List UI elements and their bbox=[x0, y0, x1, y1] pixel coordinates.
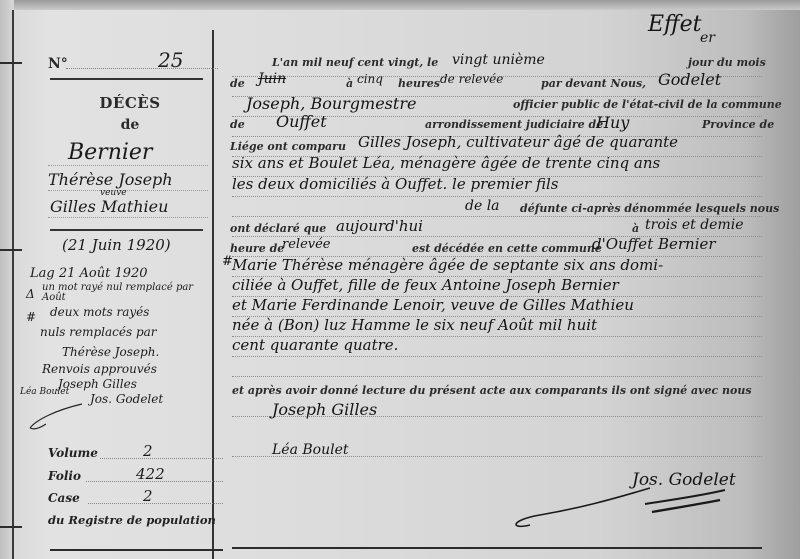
margin-signature-lea-boulet: Léa Boulet bbox=[20, 387, 69, 397]
printed-text: Liége ont comparu bbox=[230, 140, 346, 153]
printed-text: de bbox=[230, 77, 245, 90]
handwritten-month-struck: Juin bbox=[258, 71, 286, 87]
printed-text: jour du mois bbox=[688, 56, 766, 69]
handwritten-witness-1: Gilles Joseph, cultivateur âgé de quaran… bbox=[358, 133, 678, 151]
binding-thread bbox=[0, 62, 22, 64]
margin-note-approval: Renvois approuvés bbox=[42, 362, 157, 376]
handwritten-description: Marie Thérèse ménagère âgée de septante … bbox=[232, 256, 663, 274]
volume-label: Volume bbox=[48, 446, 98, 460]
margin-note-correction-4: Thérèse Joseph. bbox=[62, 345, 159, 359]
binding-line bbox=[12, 10, 14, 559]
corner-annotation: Effet bbox=[648, 12, 702, 37]
footer-rule bbox=[232, 547, 762, 549]
printed-text: à bbox=[346, 77, 353, 90]
handwritten-witness-2: six ans et Boulet Léa, ménagère âgée de … bbox=[232, 154, 660, 172]
handwritten-hour: cinq bbox=[357, 72, 383, 86]
record-title: DÉCÈS bbox=[40, 94, 220, 112]
ruled-line bbox=[232, 356, 762, 357]
closing-text: et après avoir donné lecture du présent … bbox=[232, 384, 752, 397]
handwritten-officer-title: Joseph, Bourgmestre bbox=[246, 94, 416, 113]
signature-witness-1: Joseph Gilles bbox=[272, 400, 377, 419]
handwritten-text: de la bbox=[465, 198, 500, 214]
handwritten-birth: née à (Bon) luz Hamme le six neuf Août m… bbox=[232, 316, 597, 334]
footer-rule bbox=[50, 549, 223, 551]
binding-thread bbox=[0, 249, 22, 251]
dotted-line bbox=[48, 165, 208, 166]
register-footer-row: du Registre de population bbox=[48, 513, 238, 531]
printed-text: Province de bbox=[702, 118, 774, 131]
corner-annotation-2: er bbox=[700, 30, 715, 46]
printed-text: défunte ci-après dénommée lesquels nous bbox=[520, 202, 779, 215]
printed-text: officier public de l'état-civil de la co… bbox=[513, 98, 782, 111]
binding-thread bbox=[0, 526, 22, 528]
register-folio-row: Folio 422 bbox=[48, 469, 223, 487]
handwritten-period: relevée bbox=[282, 237, 331, 252]
dotted-leader bbox=[100, 458, 223, 459]
margin-symbol-hash: # bbox=[26, 310, 36, 324]
register-case-row: Case 2 bbox=[48, 491, 223, 509]
handwritten-commune: Ouffet bbox=[276, 112, 327, 131]
margin-note-correction-1: un mot rayé nul remplacé par Août bbox=[42, 283, 212, 303]
handwritten-day: vingt unième bbox=[452, 52, 545, 68]
printed-text: heure de bbox=[230, 242, 284, 255]
printed-text: ont déclaré que bbox=[230, 222, 326, 235]
folio-label: Folio bbox=[48, 469, 81, 483]
record-subtitle: de bbox=[40, 117, 220, 133]
margin-signature-godelet: Jos. Godelet bbox=[90, 392, 163, 406]
case-label: Case bbox=[48, 491, 80, 505]
document-page: Effet er N° 25 DÉCÈS de Bernier Thérèse … bbox=[0, 0, 800, 559]
printed-text: par devant Nous, bbox=[541, 77, 646, 90]
margin-note-correction-3: nuls remplacés par bbox=[40, 325, 157, 339]
handwritten-period: de relevée bbox=[440, 72, 503, 86]
record-number-label: N° bbox=[48, 56, 68, 72]
handwritten-domicile: les deux domiciliés à Ouffet. le premier… bbox=[232, 175, 558, 193]
margin-symbol-delta: Δ bbox=[26, 287, 35, 301]
record-number-value: 25 bbox=[158, 48, 183, 72]
handwritten-date: aujourd'hui bbox=[336, 217, 423, 235]
printed-text: est décédée en cette commune bbox=[412, 242, 602, 255]
printed-text: de bbox=[230, 118, 245, 131]
margin-note-correction-2: deux mots rayés bbox=[50, 305, 149, 319]
ruled-line bbox=[232, 376, 762, 377]
margin-note-date: Lag 21 Août 1920 bbox=[30, 266, 148, 281]
deceased-given-names: Thérèse Joseph bbox=[48, 170, 173, 189]
printed-text: à bbox=[632, 222, 639, 235]
dotted-line bbox=[48, 190, 208, 191]
record-number-row: N° 25 bbox=[48, 52, 218, 72]
handwritten-officer-surname: Godelet bbox=[658, 70, 721, 89]
signature-witness-2: Léa Boulet bbox=[272, 442, 349, 458]
handwritten-birth-year: cent quarante quatre. bbox=[232, 336, 398, 354]
register-footer: du Registre de population bbox=[48, 513, 216, 527]
signature-officer: Jos. Godelet bbox=[632, 470, 736, 490]
ruled-line bbox=[232, 196, 762, 197]
handwritten-time: trois et demie bbox=[645, 217, 744, 233]
handwritten-parents: ciliée à Ouffet, fille de feux Antoine J… bbox=[232, 276, 619, 294]
printed-text: L'an mil neuf cent vingt, le bbox=[272, 56, 438, 69]
handwritten-place-name: d'Ouffet Bernier bbox=[592, 235, 716, 253]
handwritten-arrondissement: Huy bbox=[596, 113, 629, 132]
dotted-line bbox=[48, 217, 208, 218]
spouse-name: Gilles Mathieu bbox=[50, 197, 168, 216]
printed-text: heures bbox=[398, 77, 440, 90]
signature-flourish bbox=[26, 402, 86, 432]
death-date-note: (21 Juin 1920) bbox=[62, 236, 171, 254]
dotted-leader bbox=[66, 68, 218, 69]
section-rule bbox=[50, 229, 203, 231]
dotted-leader bbox=[88, 503, 223, 504]
deceased-surname: Bernier bbox=[68, 140, 152, 165]
register-volume-row: Volume 2 bbox=[48, 446, 223, 464]
dotted-leader bbox=[86, 481, 223, 482]
margin-signature-joseph-gilles: Joseph Gilles bbox=[58, 377, 137, 391]
left-column: N° 25 DÉCÈS de Bernier Thérèse Joseph ve… bbox=[20, 0, 212, 559]
header-rule bbox=[50, 78, 203, 80]
printed-text: arrondissement judiciaire de bbox=[425, 118, 603, 131]
handwritten-mother-spouse: et Marie Ferdinande Lenoir, veuve de Gil… bbox=[232, 296, 634, 314]
